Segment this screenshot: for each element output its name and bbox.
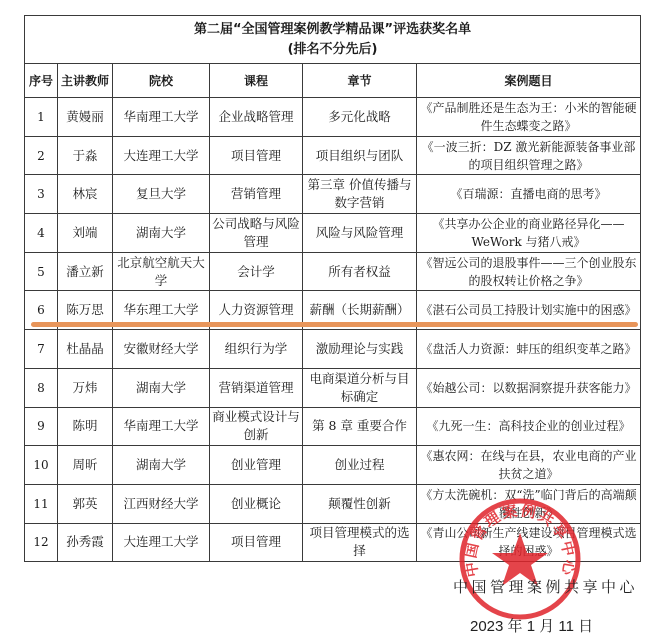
table-row: 8万炜湖南大学营销渠道管理电商渠道分析与目标确定《始越公司：以数据洞察提升获客能…: [25, 368, 641, 407]
course-name: 创业管理: [210, 446, 303, 485]
teacher-name: 孙秀霞: [58, 523, 113, 562]
table-row: 9陈明华南理工大学商业模式设计与创新第 8 章 重要合作《九死一生：高科技企业的…: [25, 407, 641, 446]
row-number: 7: [25, 330, 58, 369]
header-case-title: 案例题目: [417, 64, 641, 98]
teacher-name: 于淼: [58, 136, 113, 175]
issue-date: 2023 年 1 月 11 日: [470, 615, 593, 636]
row-number: 2: [25, 136, 58, 175]
school-name: 安徽财经大学: [113, 330, 210, 369]
header-course: 课程: [210, 64, 303, 98]
chapter-name: 激励理论与实践: [303, 330, 417, 369]
table-row: 1黄嫚丽华南理工大学企业战略管理多元化战略《产品制胜还是生态为王：小米的智能硬件…: [25, 98, 641, 137]
row-number: 3: [25, 175, 58, 214]
course-name: 商业模式设计与创新: [210, 407, 303, 446]
case-title: 《青山公司新生产线建设项目管理模式选择的困惑》: [417, 523, 641, 562]
school-name: 湖南大学: [113, 214, 210, 253]
teacher-name: 陈明: [58, 407, 113, 446]
table-row: 12孙秀霞大连理工大学项目管理项目管理模式的选择《青山公司新生产线建设项目管理模…: [25, 523, 641, 562]
course-name: 企业战略管理: [210, 98, 303, 137]
course-name: 项目管理: [210, 136, 303, 175]
case-title: 《始越公司：以数据洞察提升获客能力》: [417, 368, 641, 407]
award-list-table: 第二届“全国管理案例教学精品课”评选获奖名单 (排名不分先后) 序号 主讲教师 …: [24, 15, 641, 562]
chapter-name: 第 8 章 重要合作: [303, 407, 417, 446]
chapter-name: 颠覆性创新: [303, 484, 417, 523]
chapter-name: 第三章 价值传播与数字营销: [303, 175, 417, 214]
school-name: 华南理工大学: [113, 98, 210, 137]
case-title: 《一波三折：DZ 激光新能源装备事业部的项目组织管理之路》: [417, 136, 641, 175]
row-number: 10: [25, 446, 58, 485]
chapter-name: 项目管理模式的选择: [303, 523, 417, 562]
table-row: 10周昕湖南大学创业管理创业过程《惠农网：在线与在县，农业电商的产业扶贫之道》: [25, 446, 641, 485]
course-name: 营销渠道管理: [210, 368, 303, 407]
table-header-row: 序号 主讲教师 院校 课程 章节 案例题目: [25, 64, 641, 98]
issuing-organization: 中国管理案例共享中心: [453, 576, 638, 597]
header-school: 院校: [113, 64, 210, 98]
chapter-name: 多元化战略: [303, 98, 417, 137]
row-number: 11: [25, 484, 58, 523]
document-title: 第二届“全国管理案例教学精品课”评选获奖名单: [26, 20, 639, 40]
case-title: 《方太洗碗机：双“洗”临门背后的高端颠覆性创新》: [417, 484, 641, 523]
row-number: 9: [25, 407, 58, 446]
teacher-name: 林宸: [58, 175, 113, 214]
school-name: 大连理工大学: [113, 136, 210, 175]
row-number: 4: [25, 214, 58, 253]
row-number: 8: [25, 368, 58, 407]
teacher-name: 杜晶晶: [58, 330, 113, 369]
school-name: 江西财经大学: [113, 484, 210, 523]
table-row: 4刘端湖南大学公司战略与风险管理风险与风险管理《共享办公企业的商业路径异化——W…: [25, 214, 641, 253]
header-teacher: 主讲教师: [58, 64, 113, 98]
teacher-name: 刘端: [58, 214, 113, 253]
table-row: 7杜晶晶安徽财经大学组织行为学激励理论与实践《盘活人力资源：蚌压的组织变革之路》: [25, 330, 641, 369]
row-number: 12: [25, 523, 58, 562]
school-name: 北京航空航天大学: [113, 252, 210, 291]
case-title: 《智远公司的退股事件——三个创业股东的股权转让价格之争》: [417, 252, 641, 291]
case-title: 《盘活人力资源：蚌压的组织变革之路》: [417, 330, 641, 369]
table-row: 3林宸复旦大学营销管理第三章 价值传播与数字营销《百瑞源：直播电商的思考》: [25, 175, 641, 214]
teacher-name: 万炜: [58, 368, 113, 407]
case-title: 《惠农网：在线与在县，农业电商的产业扶贫之道》: [417, 446, 641, 485]
row-number: 5: [25, 252, 58, 291]
teacher-name: 黄嫚丽: [58, 98, 113, 137]
chapter-name: 电商渠道分析与目标确定: [303, 368, 417, 407]
chapter-name: 项目组织与团队: [303, 136, 417, 175]
course-name: 项目管理: [210, 523, 303, 562]
school-name: 湖南大学: [113, 368, 210, 407]
table-row: 2于淼大连理工大学项目管理项目组织与团队《一波三折：DZ 激光新能源装备事业部的…: [25, 136, 641, 175]
school-name: 湖南大学: [113, 446, 210, 485]
school-name: 大连理工大学: [113, 523, 210, 562]
course-name: 组织行为学: [210, 330, 303, 369]
case-title: 《共享办公企业的商业路径异化——WeWork 与猪八戒》: [417, 214, 641, 253]
table-row: 11郭英江西财经大学创业概论颠覆性创新《方太洗碗机：双“洗”临门背后的高端颠覆性…: [25, 484, 641, 523]
teacher-name: 周昕: [58, 446, 113, 485]
course-name: 会计学: [210, 252, 303, 291]
school-name: 复旦大学: [113, 175, 210, 214]
course-name: 创业概论: [210, 484, 303, 523]
case-title: 《百瑞源：直播电商的思考》: [417, 175, 641, 214]
case-title: 《九死一生：高科技企业的创业过程》: [417, 407, 641, 446]
header-number: 序号: [25, 64, 58, 98]
teacher-name: 潘立新: [58, 252, 113, 291]
header-chapter: 章节: [303, 64, 417, 98]
document-title-cell: 第二届“全国管理案例教学精品课”评选获奖名单 (排名不分先后): [25, 16, 641, 64]
table-row: 5潘立新北京航空航天大学会计学所有者权益《智远公司的退股事件——三个创业股东的股…: [25, 252, 641, 291]
teacher-name: 郭英: [58, 484, 113, 523]
chapter-name: 所有者权益: [303, 252, 417, 291]
chapter-name: 风险与风险管理: [303, 214, 417, 253]
school-name: 华南理工大学: [113, 407, 210, 446]
course-name: 营销管理: [210, 175, 303, 214]
document-subtitle: (排名不分先后): [26, 40, 639, 60]
row-highlight-underline: [31, 322, 638, 327]
row-number: 1: [25, 98, 58, 137]
course-name: 公司战略与风险管理: [210, 214, 303, 253]
case-title: 《产品制胜还是生态为王：小米的智能硬件生态蝶变之路》: [417, 98, 641, 137]
chapter-name: 创业过程: [303, 446, 417, 485]
